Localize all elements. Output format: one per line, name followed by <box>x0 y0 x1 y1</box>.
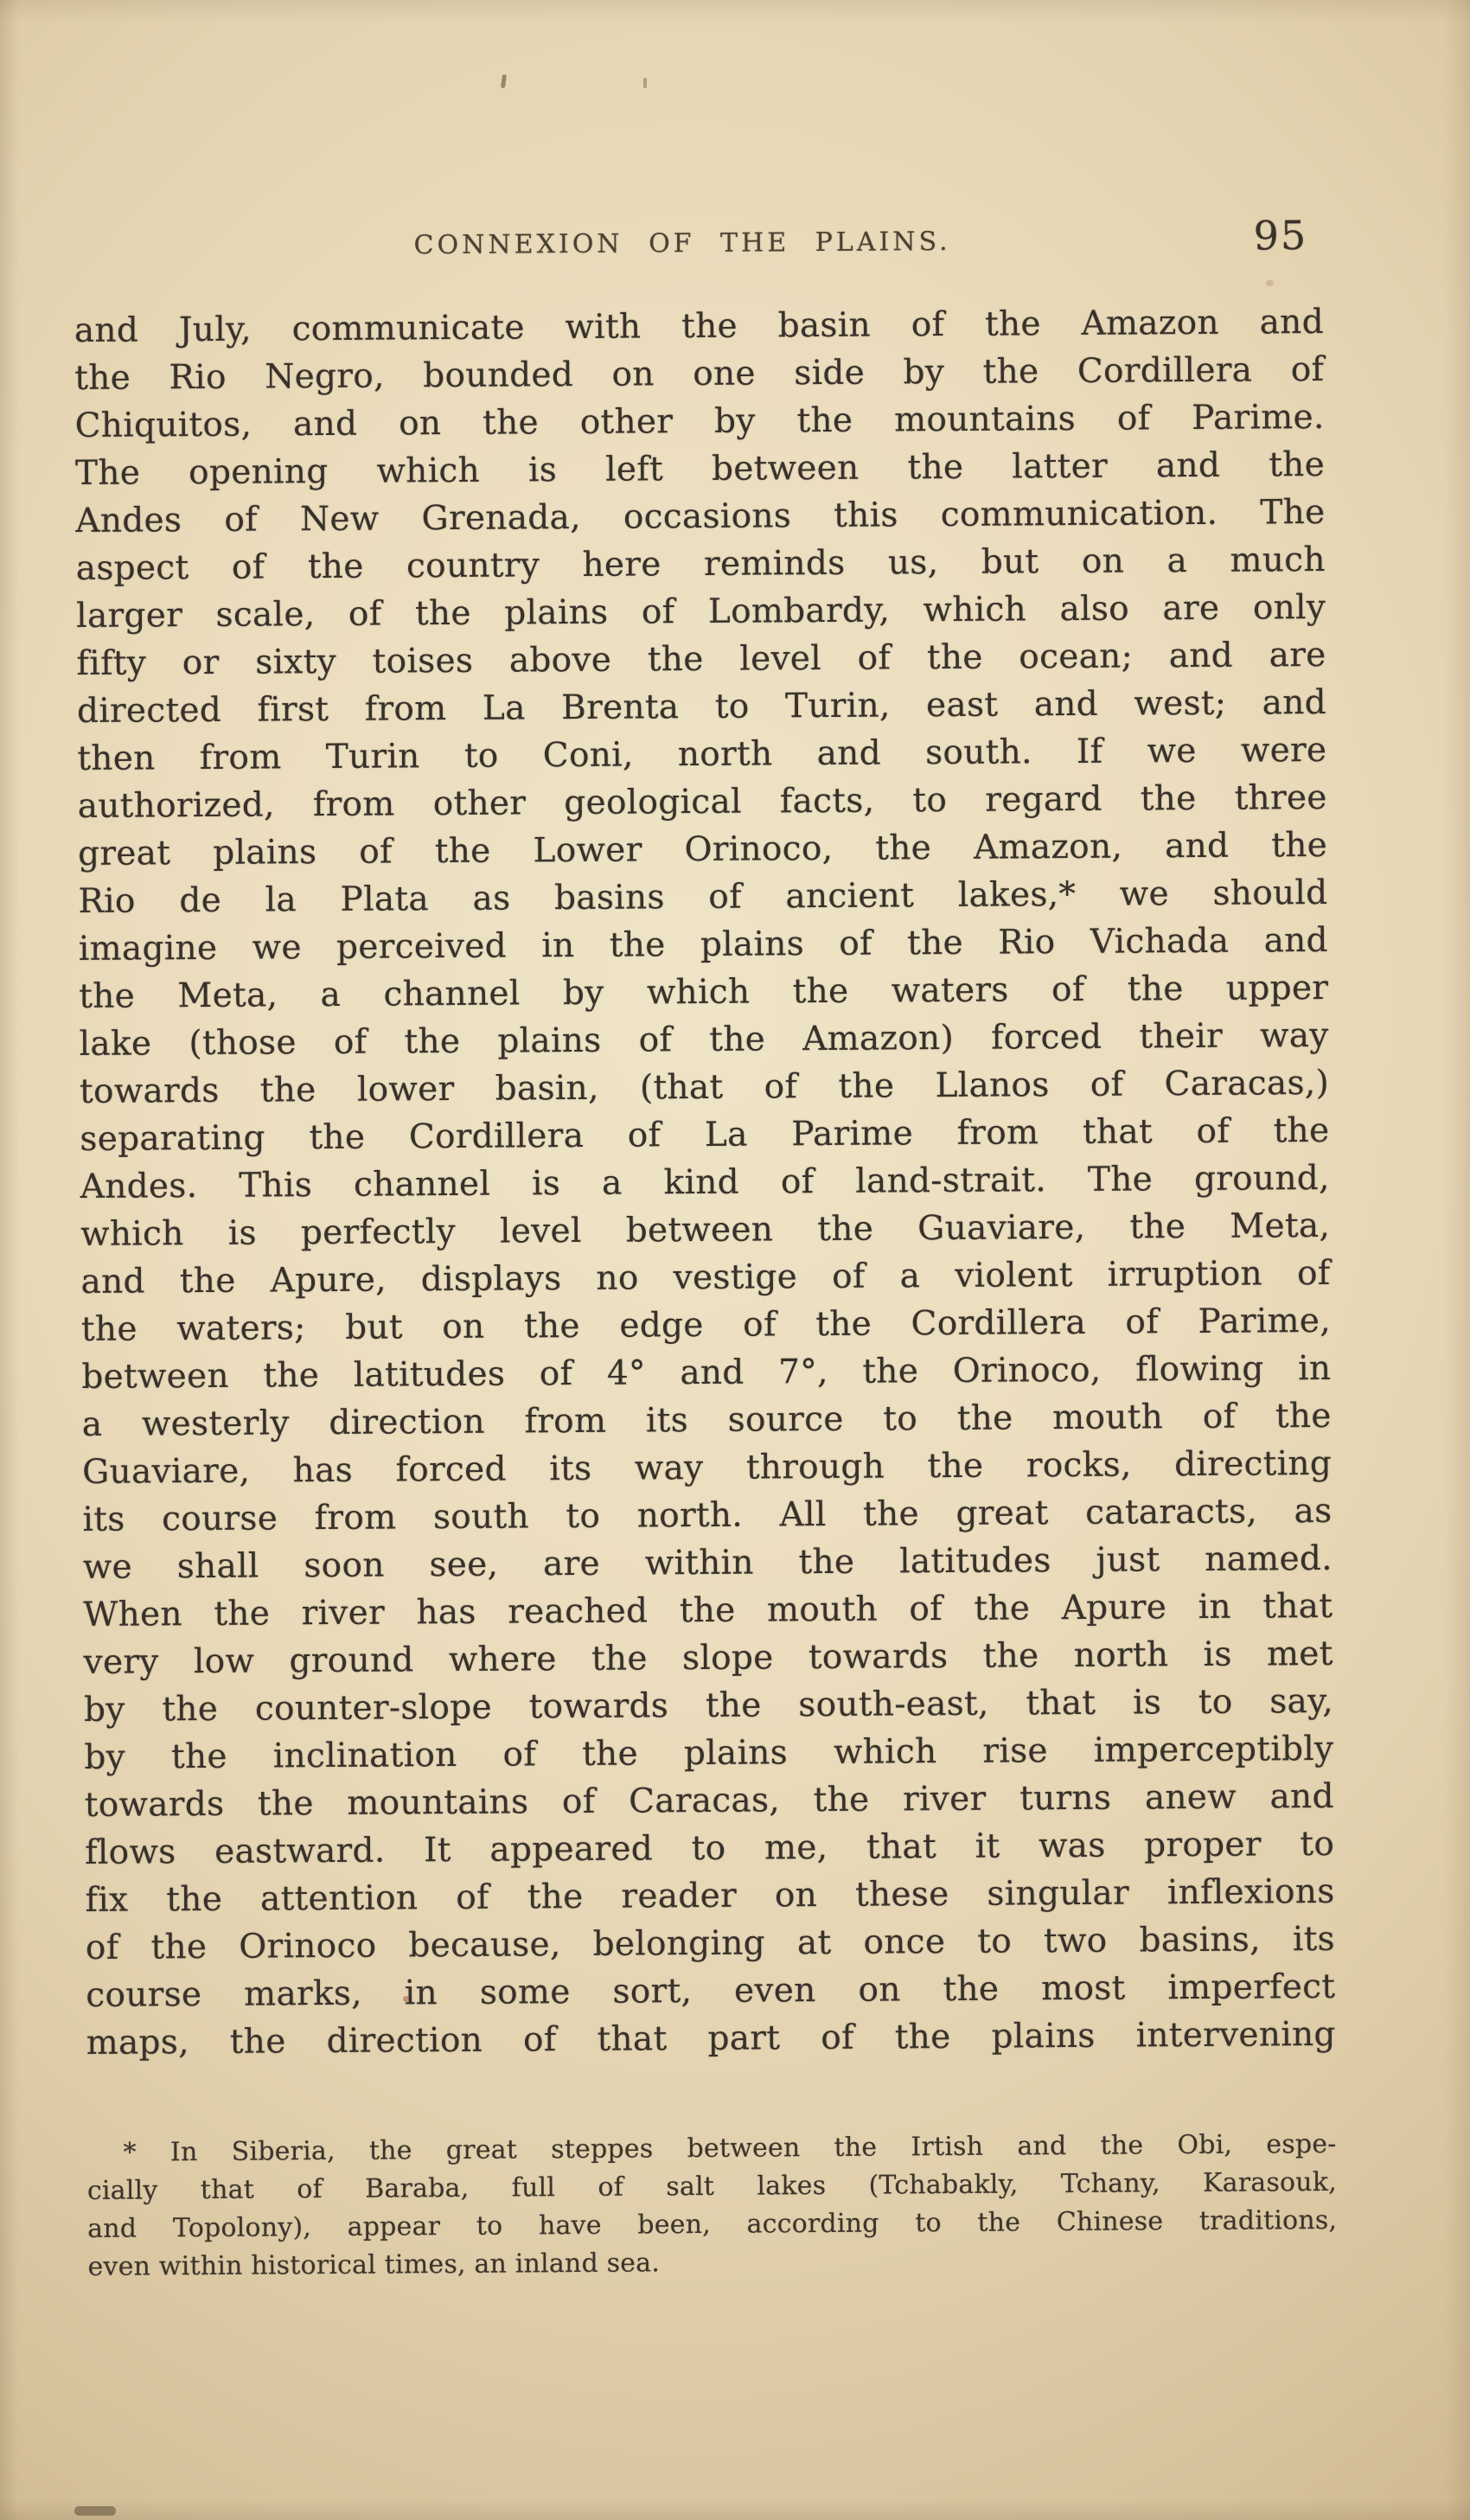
text-line: towards the lower basin, (that of the Ll… <box>80 1059 1329 1116</box>
text-line: flows eastward. It appeared to me, that … <box>85 1820 1334 1877</box>
text-line: we shall soon see, are within the latitu… <box>83 1535 1333 1591</box>
body-text: and July, communicate with the basin of … <box>74 298 1336 2067</box>
text-line: and July, communicate with the basin of … <box>74 298 1324 355</box>
footnote-line: even within historical times, an inland … <box>87 2240 1337 2287</box>
scan-speck <box>643 78 647 88</box>
text-line: by the counter-slope towards the south-e… <box>84 1678 1333 1734</box>
text-line: towards the mountains of Caracas, the ri… <box>85 1773 1334 1829</box>
text-line: course marks, in some sort, even on the … <box>86 1963 1335 2019</box>
page-number: 95 <box>1253 212 1307 259</box>
book-page-scan: CONNEXION OF THE PLAINS. 95 and July, co… <box>0 0 1470 2520</box>
text-line: Andes. This channel is a kind of land-st… <box>80 1154 1330 1211</box>
scan-speck <box>501 74 507 89</box>
page-content: CONNEXION OF THE PLAINS. 95 and July, co… <box>73 212 1338 2287</box>
text-line: the waters; but on the edge of the Cordi… <box>81 1297 1331 1353</box>
text-line: maps, the direction of that part of the … <box>86 2011 1336 2067</box>
text-line: Chiquitos, and on the other by the mount… <box>74 393 1324 450</box>
text-line: fifty or sixty toises above the level of… <box>76 631 1326 688</box>
scan-speck <box>74 2506 116 2516</box>
text-line: directed first from La Brenta to Turin, … <box>77 679 1326 735</box>
text-line: of the Orinoco because, belonging at onc… <box>86 1916 1335 1972</box>
text-line: Andes of New Grenada, occasions this com… <box>75 489 1325 545</box>
running-title: CONNEXION OF THE PLAINS. <box>413 227 950 260</box>
text-line: and the Apure, displays no vestige of a … <box>80 1250 1330 1306</box>
text-line: which is perfectly level between the Gua… <box>80 1202 1330 1258</box>
text-line: fix the attention of the reader on these… <box>85 1868 1334 1924</box>
text-line: between the latitudes of 4° and 7°, the … <box>81 1345 1331 1401</box>
text-line: authorized, from other geological facts,… <box>78 774 1327 830</box>
text-line: larger scale, of the plains of Lombardy,… <box>76 584 1326 640</box>
text-line: separating the Cordillera of La Parime f… <box>80 1107 1329 1163</box>
text-line: great plains of the Lower Orinoco, the A… <box>78 822 1327 878</box>
text-line: aspect of the country here reminds us, b… <box>76 536 1326 592</box>
text-line: lake (those of the plains of the Amazon)… <box>79 1012 1328 1068</box>
page-header: CONNEXION OF THE PLAINS. 95 <box>73 212 1323 272</box>
text-line: a westerly direction from its source to … <box>82 1392 1332 1449</box>
text-line: then from Turin to Coni, north and south… <box>77 726 1326 783</box>
text-line: Rio de la Plata as basins of ancient lak… <box>78 869 1327 925</box>
text-line: The opening which is left between the la… <box>75 441 1325 497</box>
text-line: by the inclination of the plains which r… <box>84 1725 1333 1781</box>
footnote: * In Siberia, the great steppes between … <box>86 2126 1337 2287</box>
text-line: very low ground where the slope towards … <box>83 1630 1333 1686</box>
text-line: When the river has reached the mouth of … <box>83 1583 1333 1639</box>
text-line: imagine we perceived in the plains of th… <box>79 917 1328 973</box>
text-line: Guaviare, has forced its way through the… <box>82 1440 1332 1496</box>
text-line: the Rio Negro, bounded on one side by th… <box>74 346 1324 402</box>
text-line: the Meta, a channel by which the waters … <box>79 964 1328 1020</box>
text-line: its course from south to north. All the … <box>82 1487 1332 1544</box>
